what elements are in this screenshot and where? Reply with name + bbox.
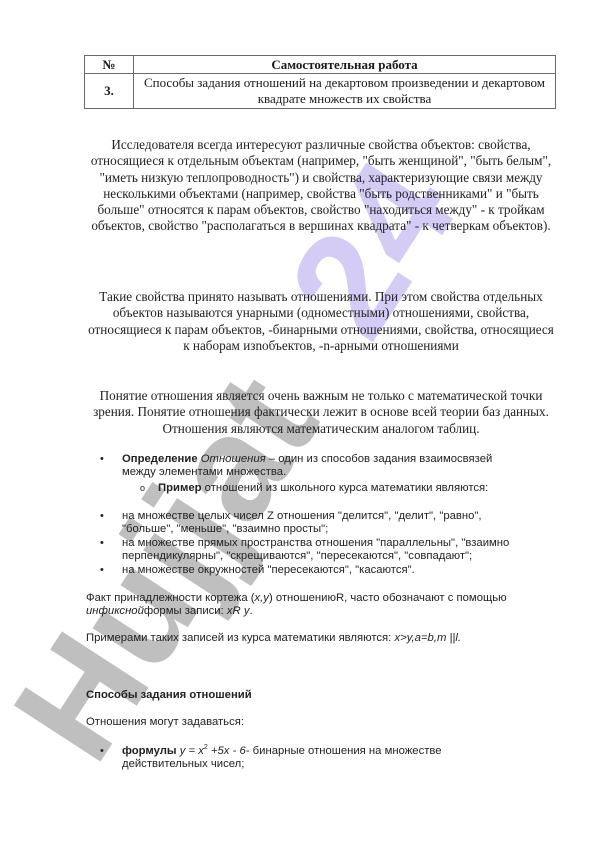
list-item-text: перпендикулярны", "скрещиваются", "перес… bbox=[122, 550, 472, 562]
definition-text-2: между элементами множества. bbox=[122, 466, 286, 478]
section-intro: Отношения могут задаваться: bbox=[86, 716, 244, 729]
col-title-header: Самостоятельная работа bbox=[134, 56, 556, 74]
list-item-text: на множестве окружностей "пересекаются",… bbox=[122, 564, 415, 576]
example-text: отношений из школьного курса математики … bbox=[202, 482, 489, 494]
fact-notation: xR y bbox=[227, 605, 250, 617]
paragraph-relations: Такие свойства принято называть отношени… bbox=[86, 289, 556, 354]
paragraph-importance: Понятие отношения является очень важным … bbox=[86, 388, 556, 437]
paragraph-intro: Исследователя всегда интересуют различны… bbox=[86, 137, 556, 235]
formula-text-2: действительных чисел; bbox=[122, 758, 244, 770]
list-item-text: на множестве прямых пространства отношен… bbox=[122, 537, 509, 549]
fact-text: . bbox=[249, 605, 252, 617]
fact-text: формы записи: bbox=[144, 605, 227, 617]
bullet-icon: • bbox=[100, 510, 104, 523]
examples-line-formula: x>y,a=b,m ||l. bbox=[394, 632, 461, 644]
definition-term: Отношения bbox=[201, 453, 266, 465]
list-item-text: "больше", "меньше", "взаимно просты"; bbox=[122, 523, 328, 535]
circle-bullet-icon: o bbox=[140, 482, 145, 495]
col-num-header: № bbox=[85, 56, 134, 74]
formula-label: формулы bbox=[122, 745, 177, 757]
formula-part: y = x bbox=[177, 745, 204, 757]
fact-paragraph: Факт принадлежности кортежа (x,y) отноше… bbox=[86, 592, 546, 618]
fact-infix: инфиксной bbox=[86, 605, 144, 617]
examples-line-text: Примерами таких записей из курса математ… bbox=[86, 632, 394, 644]
bullet-icon: • bbox=[100, 537, 104, 550]
bullet-icon: • bbox=[100, 453, 104, 466]
definition-label: Определение bbox=[122, 453, 198, 465]
row-number: 3. bbox=[85, 74, 134, 109]
formula-text: бинарные отношения на множестве bbox=[250, 745, 442, 757]
bullet-icon: • bbox=[100, 745, 104, 758]
examples-line: Примерами таких записей из курса математ… bbox=[86, 632, 546, 645]
document-page: Hujjat 24 № Самостоятельная работа 3. Сп… bbox=[0, 0, 596, 842]
bullet-icon: • bbox=[100, 564, 104, 577]
fact-text: Факт принадлежности кортежа ( bbox=[86, 592, 255, 604]
fact-text: ) отношениюR, часто обозначают с помощью bbox=[269, 592, 507, 604]
section-title: Способы задания отношений bbox=[86, 689, 252, 702]
formula-part: +5x - 6- bbox=[208, 745, 250, 757]
definition-text: – один из способов задания взаимосвязей bbox=[266, 453, 493, 465]
row-topic: Способы задания отношений на декартовом … bbox=[134, 74, 556, 109]
header-table: № Самостоятельная работа 3. Способы зада… bbox=[84, 55, 556, 109]
fact-tuple: x,y bbox=[255, 592, 269, 604]
example-label: Пример bbox=[158, 482, 202, 494]
list-item-text: на множестве целых чисел Z отношения "де… bbox=[122, 510, 482, 522]
